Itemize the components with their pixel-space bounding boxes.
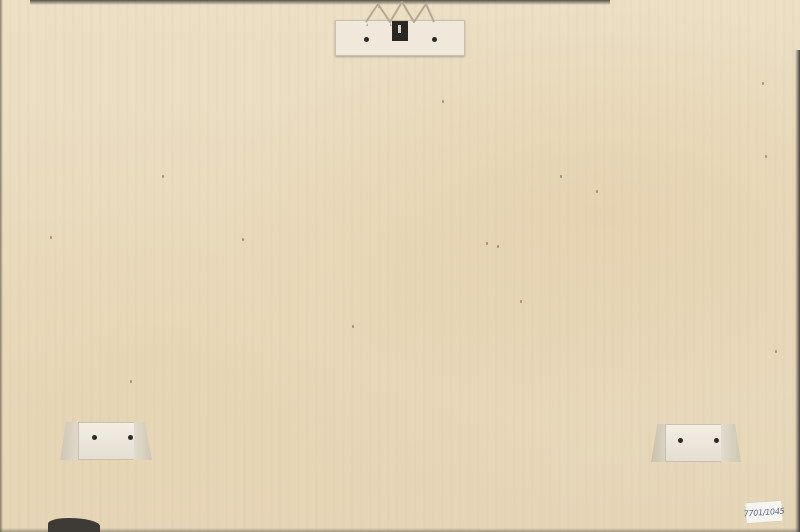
screw-icon (92, 435, 97, 440)
wood-speck (242, 238, 244, 241)
screw-icon (714, 438, 719, 443)
wood-speck (560, 175, 562, 178)
screw-icon (678, 438, 683, 443)
bracket-wing (721, 424, 741, 462)
screw-icon (432, 37, 437, 42)
wood-speck (352, 325, 354, 328)
wood-speck (520, 300, 522, 303)
wood-speck (442, 100, 444, 103)
bracket-face (78, 422, 136, 460)
wood-speck (765, 155, 767, 158)
sawtooth-hanger-icon (364, 1, 436, 23)
hanger-clip (392, 21, 408, 41)
wood-speck (486, 242, 488, 245)
wood-speck (130, 380, 132, 383)
bracket-face (665, 424, 723, 462)
top-hanger-bracket (335, 20, 465, 56)
wood-speck (596, 190, 598, 193)
wood-speck (497, 245, 499, 248)
bottom-left-bracket (60, 422, 152, 460)
wood-panel-back: 7701/1045 (0, 0, 800, 532)
wood-speck (775, 350, 777, 353)
screw-icon (364, 37, 369, 42)
wood-speck (50, 236, 52, 239)
bottom-right-bracket (651, 424, 741, 462)
bracket-wing (60, 422, 80, 460)
screw-icon (128, 435, 133, 440)
bracket-wing (134, 422, 152, 460)
inventory-label: 7701/1045 (745, 501, 782, 523)
left-edge-shadow (0, 0, 3, 532)
bottom-edge-dark-patch (48, 518, 100, 532)
inventory-label-text: 7701/1045 (743, 506, 784, 518)
wood-speck (162, 175, 164, 178)
top-edge-shadow (30, 0, 610, 5)
bottom-edge-shadow (0, 528, 800, 532)
wood-speck (762, 82, 764, 85)
right-edge-shadow (795, 50, 800, 532)
